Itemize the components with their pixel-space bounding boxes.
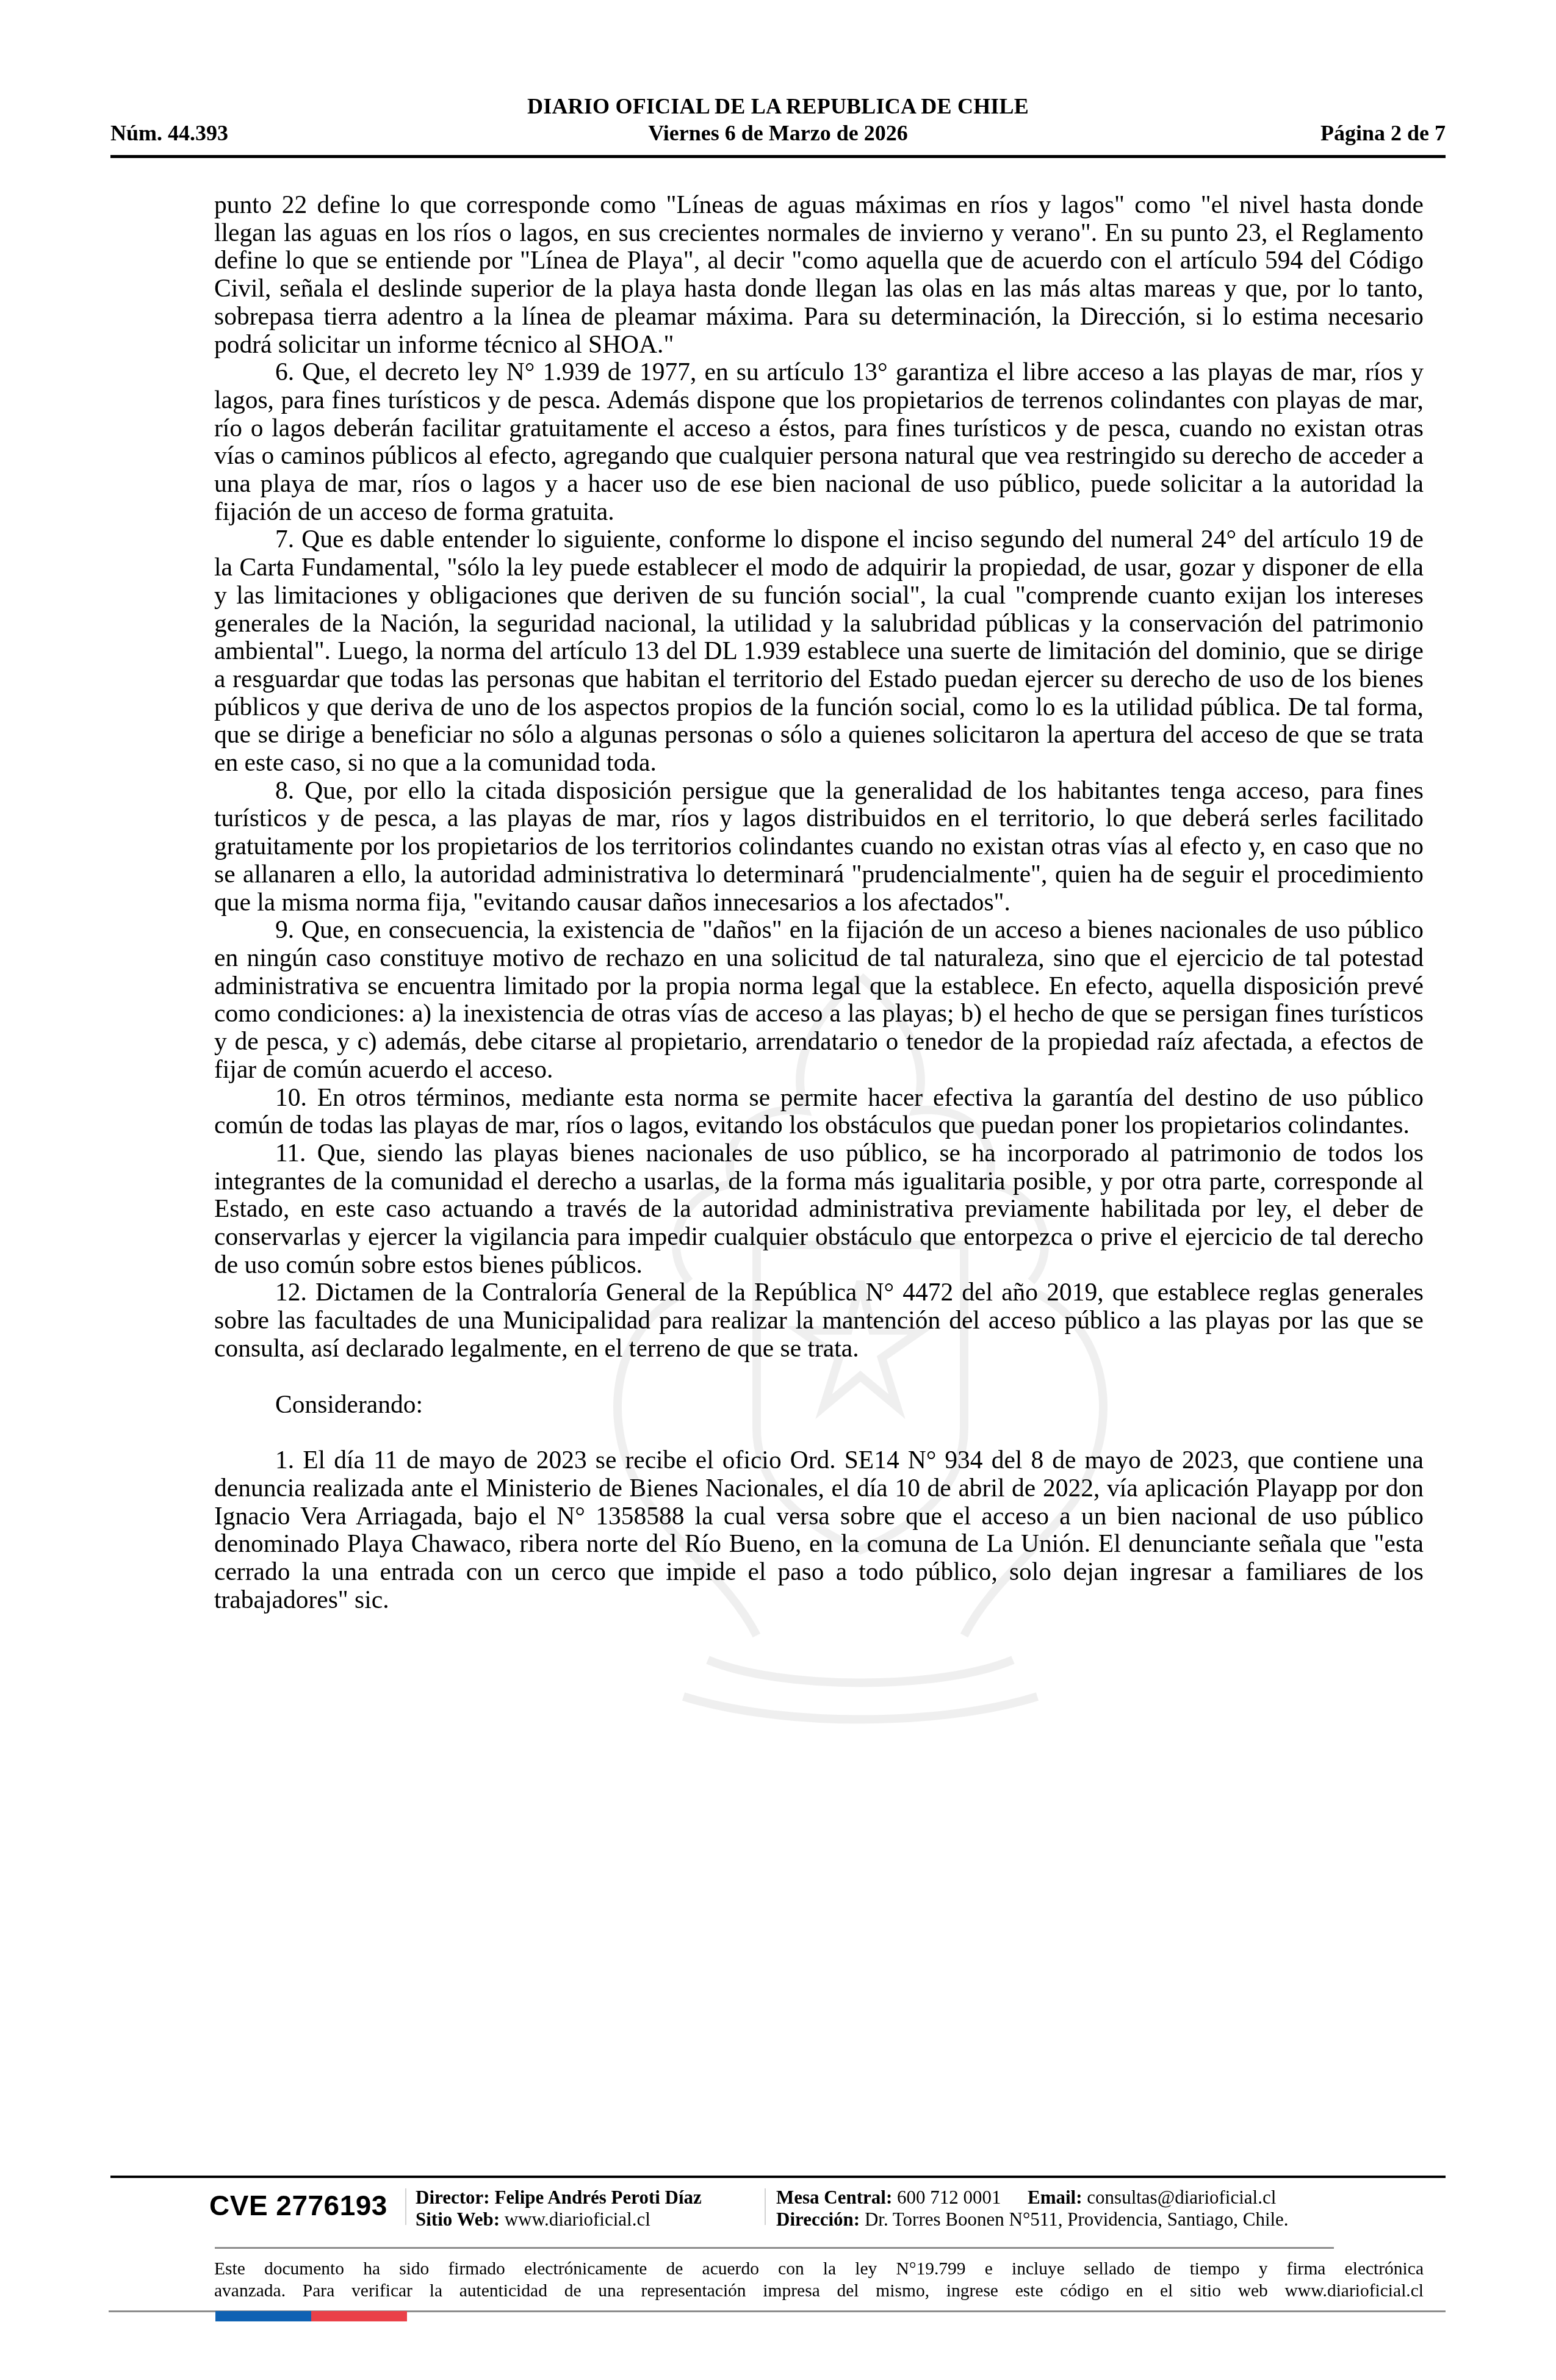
paragraph-item-6: 6. Que, el decreto ley N° 1.939 de 1977,… bbox=[214, 358, 1424, 525]
publication-title: DIARIO OFICIAL DE LA REPUBLICA DE CHILE bbox=[0, 93, 1556, 120]
paragraph-item-10: 10. En otros términos, mediante esta nor… bbox=[214, 1084, 1424, 1139]
paragraph-item-12: 12. Dictamen de la Contraloría General d… bbox=[214, 1278, 1424, 1362]
contact-line: Mesa Central: 600 712 0001 Email: consul… bbox=[776, 2187, 1289, 2209]
spacer bbox=[214, 1418, 1424, 1446]
paragraph-item-7: 7. Que es dable entender lo siguiente, c… bbox=[214, 525, 1424, 776]
website-link[interactable]: www.diarioficial.cl bbox=[505, 2209, 650, 2230]
cve-code: CVE 2776193 bbox=[209, 2190, 387, 2221]
section-heading-considerando: Considerando: bbox=[214, 1391, 1424, 1419]
flag-stripe-blue bbox=[215, 2311, 311, 2321]
address-line: Dirección: Dr. Torres Boonen N°511, Prov… bbox=[776, 2209, 1289, 2230]
legal-notice-line-1: Este documento ha sido firmado electróni… bbox=[214, 2258, 1424, 2280]
website-label: Sitio Web: bbox=[416, 2209, 500, 2230]
address-value: Dr. Torres Boonen N°511, Providencia, Sa… bbox=[865, 2209, 1289, 2230]
paragraph-considerando-1: 1. El día 11 de mayo de 2023 se recibe e… bbox=[214, 1446, 1424, 1614]
address-label: Dirección: bbox=[776, 2209, 860, 2230]
phone-label: Mesa Central: bbox=[776, 2187, 892, 2208]
page-indicator: Página 2 de 7 bbox=[1320, 120, 1446, 146]
footer-separator bbox=[765, 2188, 766, 2225]
header-meta-row: Núm. 44.393 Viernes 6 de Marzo de 2026 P… bbox=[110, 120, 1446, 146]
director-label: Director: bbox=[416, 2187, 490, 2208]
legal-notice-line-2: avanzada. Para verificar la autenticidad… bbox=[214, 2280, 1424, 2302]
footer-middle-rule bbox=[215, 2247, 1334, 2249]
header-rule bbox=[110, 155, 1446, 158]
issue-date: Viernes 6 de Marzo de 2026 bbox=[110, 120, 1446, 146]
spacer bbox=[214, 1363, 1424, 1391]
paragraph-item-8: 8. Que, por ello la citada disposición p… bbox=[214, 777, 1424, 917]
email-link[interactable]: consultas@diarioficial.cl bbox=[1087, 2187, 1276, 2208]
phone-number: 600 712 0001 bbox=[897, 2187, 1001, 2208]
footer-top-rule bbox=[110, 2176, 1446, 2178]
paragraph-item-9: 9. Que, en consecuencia, la existencia d… bbox=[214, 916, 1424, 1083]
director-line: Director: Felipe Andrés Peroti Díaz bbox=[416, 2187, 702, 2209]
paragraph-item-11: 11. Que, siendo las playas bienes nacion… bbox=[214, 1139, 1424, 1279]
footer-director-block: Director: Felipe Andrés Peroti Díaz Siti… bbox=[416, 2187, 702, 2230]
document-body: punto 22 define lo que corresponde como … bbox=[214, 191, 1424, 1614]
legal-notice: Este documento ha sido firmado electróni… bbox=[214, 2258, 1424, 2302]
footer-contact-block: Mesa Central: 600 712 0001 Email: consul… bbox=[776, 2187, 1289, 2230]
paragraph-continuation: punto 22 define lo que corresponde como … bbox=[214, 191, 1424, 358]
flag-stripe-red bbox=[311, 2311, 407, 2321]
email-label: Email: bbox=[1028, 2187, 1082, 2208]
footer-separator bbox=[405, 2188, 406, 2225]
website-line: Sitio Web: www.diarioficial.cl bbox=[416, 2209, 702, 2230]
director-name: Felipe Andrés Peroti Díaz bbox=[494, 2187, 702, 2208]
